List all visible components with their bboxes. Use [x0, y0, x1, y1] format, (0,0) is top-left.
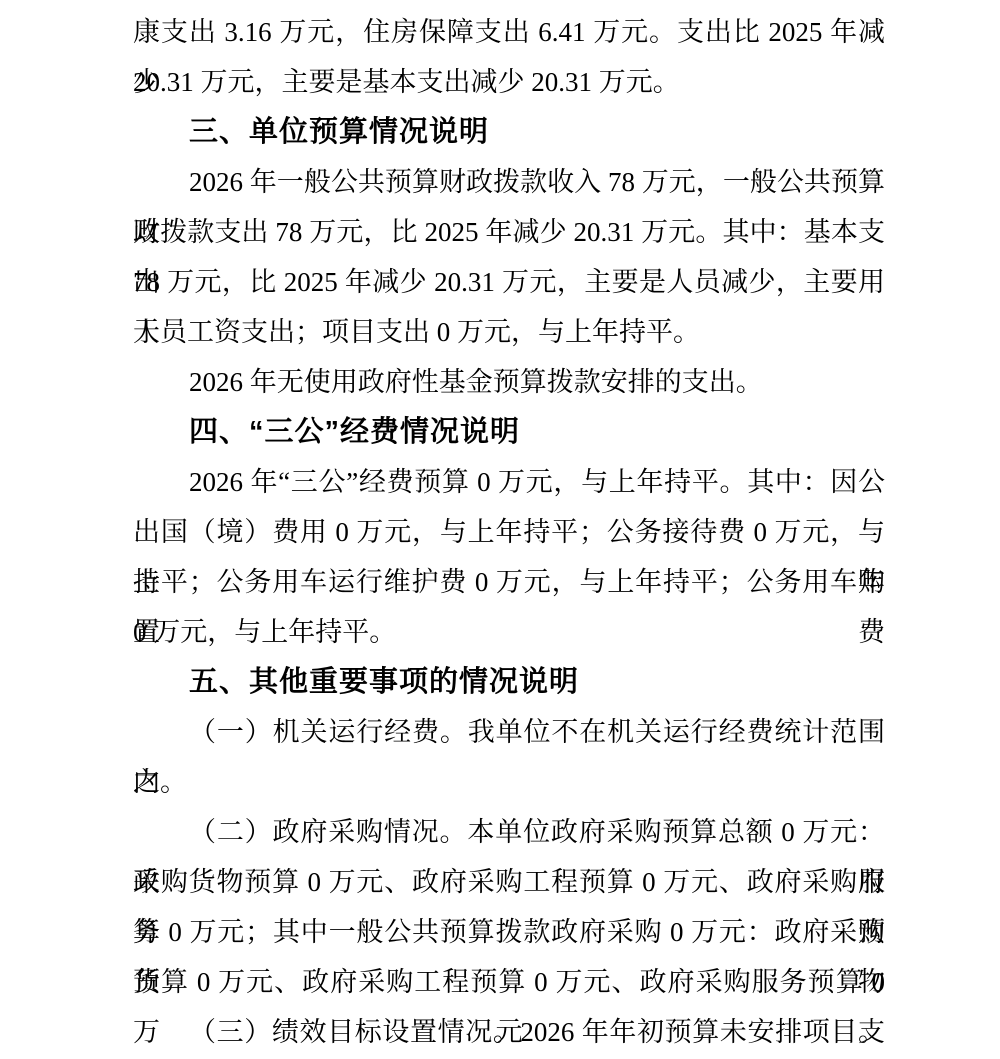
body-line: 内。	[133, 757, 885, 807]
body-line: 算 0 万元；其中一般公共预算拨款政府采购 0 万元：政府采购货物	[133, 907, 885, 957]
body-line: 预算 0 万元、政府采购工程预算 0 万元、政府采购服务预算 0 万元。	[133, 957, 885, 1007]
body-line: 2026 年一般公共预算财政拨款收入 78 万元，一般公共预算财	[133, 157, 885, 207]
section-heading-four: 四、“三公”经费情况说明	[133, 407, 885, 457]
body-line: 78 万元，比 2025 年减少 20.31 万元，主要是人员减少，主要用于	[133, 257, 885, 307]
body-line: （二）政府采购情况。本单位政府采购预算总额 0 万元：政府	[133, 807, 885, 857]
section-heading-five: 五、其他重要事项的情况说明	[133, 657, 885, 707]
body-line: 20.31 万元，主要是基本支出减少 20.31 万元。	[133, 57, 885, 107]
body-line: 持平；公务用车运行维护费 0 万元，与上年持平；公务用车购置费	[133, 557, 885, 607]
body-line: 2026 年“三公”经费预算 0 万元，与上年持平。其中：因公	[133, 457, 885, 507]
body-line: 采购货物预算 0 万元、政府采购工程预算 0 万元、政府采购服务预	[133, 857, 885, 907]
body-line: 人员工资支出；项目支出 0 万元，与上年持平。	[133, 307, 885, 357]
body-line: 政拨款支出 78 万元，比 2025 年减少 20.31 万元。其中：基本支出	[133, 207, 885, 257]
body-line: （三）绩效目标设置情况。2026 年年初预算未安排项目支出。	[133, 1007, 885, 1057]
section-heading-three: 三、单位预算情况说明	[133, 107, 885, 157]
body-line: 康支出 3.16 万元，住房保障支出 6.41 万元。支出比 2025 年减少	[133, 7, 885, 57]
body-line: （一）机关运行经费。我单位不在机关运行经费统计范围之	[133, 707, 885, 757]
body-line: 出国（境）费用 0 万元，与上年持平；公务接待费 0 万元，与上年	[133, 507, 885, 557]
text-column: 康支出 3.16 万元，住房保障支出 6.41 万元。支出比 2025 年减少 …	[133, 7, 885, 1057]
document-page: 康支出 3.16 万元，住房保障支出 6.41 万元。支出比 2025 年减少 …	[0, 0, 1000, 1059]
body-line: 2026 年无使用政府性基金预算拨款安排的支出。	[133, 357, 885, 407]
